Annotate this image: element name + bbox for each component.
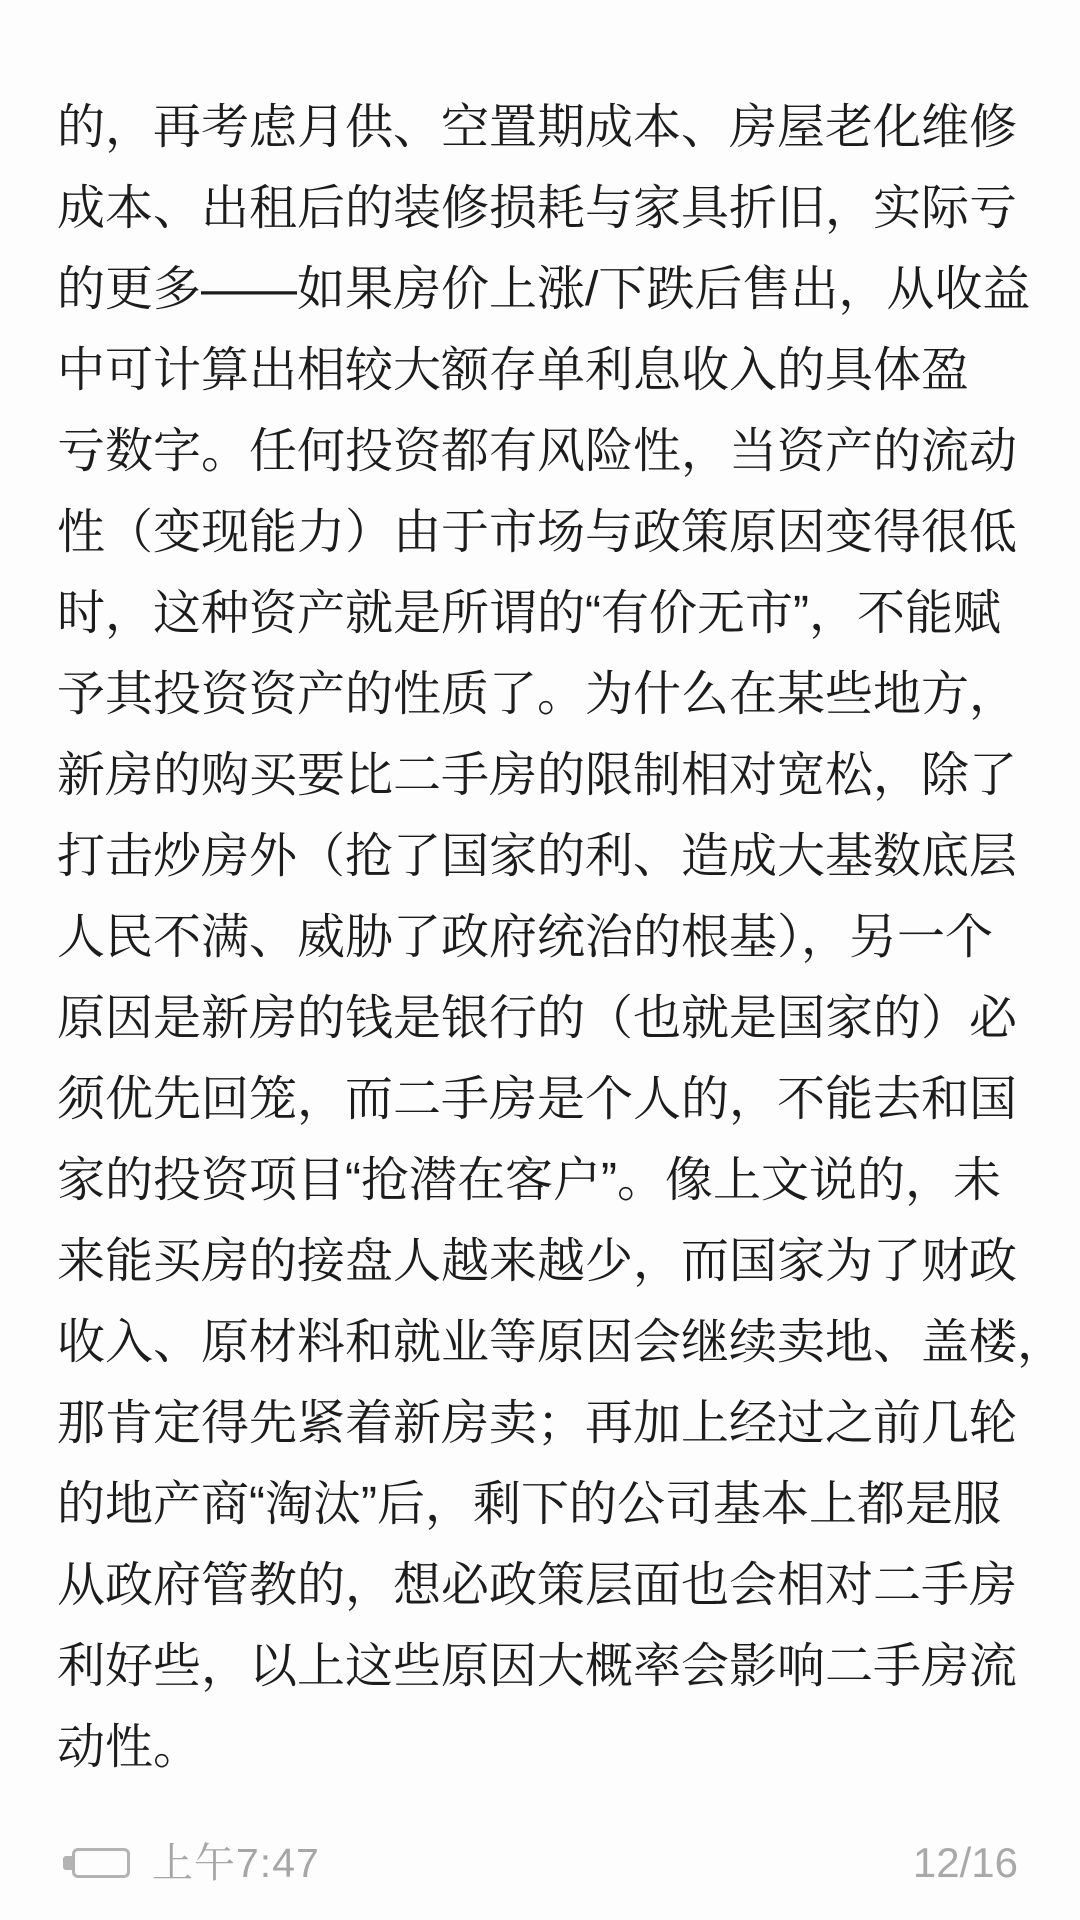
text-line: 中可计算出相较大额存单利息收入的具体盈	[57, 330, 1037, 411]
status-bar: 上午7:47 12/16	[0, 1840, 1080, 1886]
text-line: 打击炒房外（抢了国家的利、造成大基数底层	[57, 816, 1037, 897]
text-line: 家的投资项目“抢潜在客户”。像上文说的，未	[57, 1140, 1037, 1221]
text-line: 的更多——如果房价上涨/下跌后售出，从收益	[57, 249, 1037, 330]
text-line: 收入、原材料和就业等原因会继续卖地、盖楼，	[57, 1302, 1037, 1383]
text-line: 须优先回笼，而二手房是个人的，不能去和国	[57, 1059, 1037, 1140]
page-indicator: 12/16	[913, 1840, 1018, 1886]
text-line: 来能买房的接盘人越来越少，而国家为了财政	[57, 1221, 1037, 1302]
page-text: 的，再考虑月供、空置期成本、房屋老化维修成本、出租后的装修损耗与家具折旧，实际亏…	[57, 87, 1037, 1788]
text-line: 时，这种资产就是所谓的“有价无市”，不能赋	[57, 573, 1037, 654]
reader-page[interactable]: 的，再考虑月供、空置期成本、房屋老化维修成本、出租后的装修损耗与家具折旧，实际亏…	[0, 0, 1080, 1920]
text-line: 成本、出租后的装修损耗与家具折旧，实际亏	[57, 168, 1037, 249]
text-line: 新房的购买要比二手房的限制相对宽松，除了	[57, 735, 1037, 816]
text-line: 那肯定得先紧着新房卖；再加上经过之前几轮	[57, 1383, 1037, 1464]
text-line: 人民不满、威胁了政府统治的根基），另一个	[57, 897, 1037, 978]
text-line: 利好些，以上这些原因大概率会影响二手房流	[57, 1626, 1037, 1707]
text-line: 从政府管教的，想必政策层面也会相对二手房	[57, 1545, 1037, 1626]
battery-icon	[63, 1856, 72, 1870]
text-line: 的，再考虑月供、空置期成本、房屋老化维修	[57, 87, 1037, 168]
text-line: 性（变现能力）由于市场与政策原因变得很低	[57, 492, 1037, 573]
status-time: 上午7:47	[152, 1840, 320, 1886]
text-line: 的地产商“淘汰”后，剩下的公司基本上都是服	[57, 1464, 1037, 1545]
text-line: 予其投资资产的性质了。为什么在某些地方，	[57, 654, 1037, 735]
text-line: 动性。	[57, 1707, 1037, 1788]
text-line: 亏数字。任何投资都有风险性，当资产的流动	[57, 411, 1037, 492]
text-line: 原因是新房的钱是银行的（也就是国家的）必	[57, 978, 1037, 1059]
battery-empty-icon	[72, 1848, 130, 1878]
